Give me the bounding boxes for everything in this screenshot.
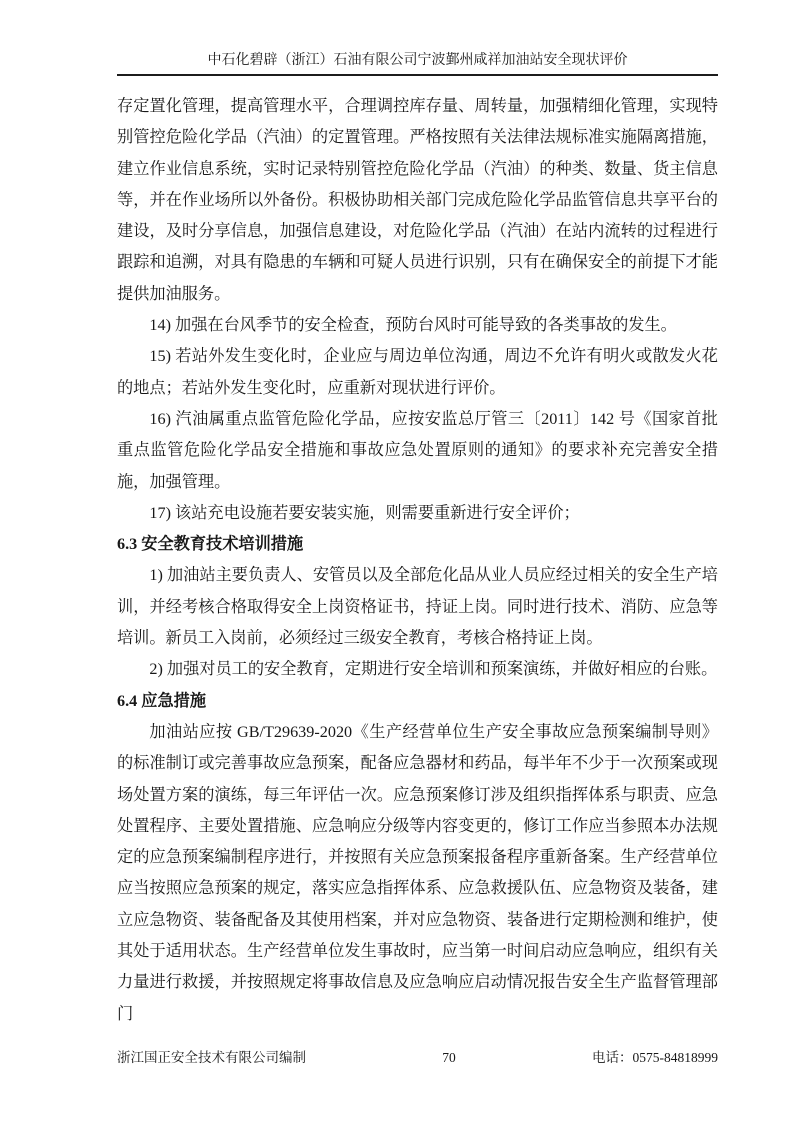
footer-company-name: 浙江国正安全技术有限公司编制	[117, 1050, 306, 1066]
page-footer: 浙江国正安全技术有限公司编制 70 电话：0575-84818999	[117, 1050, 718, 1066]
paragraph: 15) 若站外发生变化时，企业应与周边单位沟通，周边不允许有明火或散发火花的地点…	[117, 341, 718, 404]
paragraph: 2) 加强对员工的安全教育，定期进行安全培训和预案演练，并做好相应的台账。	[117, 654, 718, 685]
paragraph: 1) 加油站主要负责人、安管员以及全部危化品从业人员应经过相关的安全生产培训，并…	[117, 560, 718, 654]
paragraph: 17) 该站充电设施若要安装实施，则需要重新进行安全评价；	[117, 498, 718, 529]
document-title: 中石化碧辟（浙江）石油有限公司宁波鄞州咸祥加油站安全现状评价	[117, 52, 718, 69]
footer-page-number: 70	[442, 1050, 456, 1066]
document-page: 中石化碧辟（浙江）石油有限公司宁波鄞州咸祥加油站安全现状评价 存定置化管理，提高…	[0, 0, 800, 1131]
footer-phone: 电话：0575-84818999	[592, 1050, 718, 1066]
paragraph: 16) 汽油属重点监管危险化学品，应按安监总厅管三〔2011〕142 号《国家首…	[117, 404, 718, 498]
paragraph: 14) 加强在台风季节的安全检查，预防台风时可能导致的各类事故的发生。	[117, 310, 718, 341]
paragraph: 存定置化管理，提高管理水平，合理调控库存量、周转量，加强精细化管理，实现特别管控…	[117, 91, 718, 310]
section-heading: 6.3 安全教育技术培训措施	[117, 529, 718, 560]
page-header: 中石化碧辟（浙江）石油有限公司宁波鄞州咸祥加油站安全现状评价	[117, 52, 718, 76]
section-heading: 6.4 应急措施	[117, 686, 718, 717]
paragraph: 加油站应按 GB/T29639-2020《生产经营单位生产安全事故应急预案编制导…	[117, 717, 718, 1030]
document-body: 存定置化管理，提高管理水平，合理调控库存量、周转量，加强精细化管理，实现特别管控…	[117, 91, 718, 1030]
